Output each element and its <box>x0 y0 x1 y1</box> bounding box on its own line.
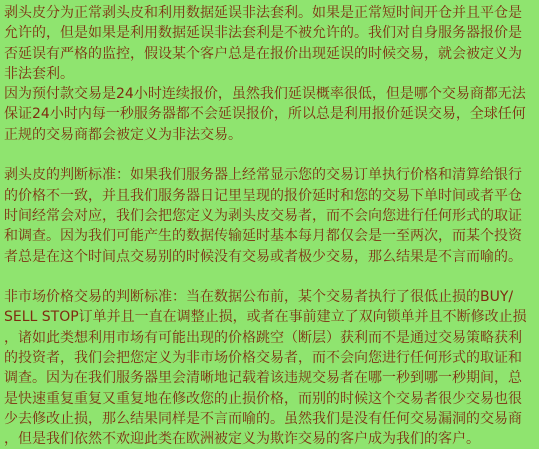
policy-text-document: 剥头皮分为正常剥头皮和利用数据延误非法套利。如果是正常短时间开仓并且平仓是允许的… <box>0 0 539 449</box>
text-line: 调查。因为在我们服务器里会清晰地记载着该违规交易者在哪一秒到哪一秒期间，总 <box>4 368 539 388</box>
text-line: 允许的，但是如果是利用数据延误非法套利是不被允许的。我们对自身服务器报价是 <box>4 23 539 43</box>
paragraph: 剥头皮的判断标准：如果我们服务器上经常显示您的交易订单执行价格和清算给银行的价格… <box>4 165 539 266</box>
text-line: 否延误有严格的监控，假设某个客户总是在报价出现延误的时候交易，就会被定义为 <box>4 44 539 64</box>
text-line: 正规的交易商都会被定义为非法交易。 <box>4 125 539 145</box>
text-line: 少去修改止损，那么结果同样是不言而喻的。虽然我们是没有任何交易漏洞的交易商 <box>4 409 539 429</box>
text-line: 是快速重复重复又重复地在修改您的止损价格，而别的时候这个交易者很少交易也很 <box>4 389 539 409</box>
text-line: 的价格不一致，并且我们服务器日记里呈现的报价延时和您的交易下单时间或者平仓 <box>4 186 539 206</box>
text-line: ，但是我们依然不欢迎此类在欧洲被定义为欺诈交易的客户成为我们的客户。 <box>4 429 539 449</box>
text-line: 者总是在这个时间点交易别的时候没有交易或者极少交易，那么结果是不言而喻的。 <box>4 247 539 267</box>
paragraph: 剥头皮分为正常剥头皮和利用数据延误非法套利。如果是正常短时间开仓并且平仓是允许的… <box>4 3 539 84</box>
paragraph: 因为预付款交易是24小时连续报价，虽然我们延误概率很低，但是哪个交易商都无法保证… <box>4 84 539 145</box>
text-line: 和调查。因为我们可能产生的数据传输延时基本每月都仅会是一至两次，而某个投资 <box>4 226 539 246</box>
text-line: SELL STOP订单并且一直在调整止损，或者在事前建立了双向锁单并且不断修改止… <box>4 307 539 327</box>
text-line: 剥头皮的判断标准：如果我们服务器上经常显示您的交易订单执行价格和清算给银行 <box>4 165 539 185</box>
text-line: 时间经常会对应，我们会把您定义为剥头皮交易者，而不会向您进行任何形式的取证 <box>4 206 539 226</box>
text-line: 非市场价格交易的判断标准：当在数据公布前，某个交易者执行了很低止损的BUY/ <box>4 287 539 307</box>
text-line: ，诸如此类想利用市场有可能出现的价格跳空（断层）获利而不是通过交易策略获利 <box>4 328 539 348</box>
text-line: 保证24小时内每一秒服务器都不会延误报价，所以总是利用报价延误交易，全球任何 <box>4 104 539 124</box>
text-line: 的投资者，我们会把您定义为非市场价格交易者，而不会向您进行任何形式的取证和 <box>4 348 539 368</box>
text-line: 剥头皮分为正常剥头皮和利用数据延误非法套利。如果是正常短时间开仓并且平仓是 <box>4 3 539 23</box>
text-line: 因为预付款交易是24小时连续报价，虽然我们延误概率很低，但是哪个交易商都无法 <box>4 84 539 104</box>
text-line: 非法套利。 <box>4 64 539 84</box>
paragraph: 非市场价格交易的判断标准：当在数据公布前，某个交易者执行了很低止损的BUY/SE… <box>4 287 539 449</box>
